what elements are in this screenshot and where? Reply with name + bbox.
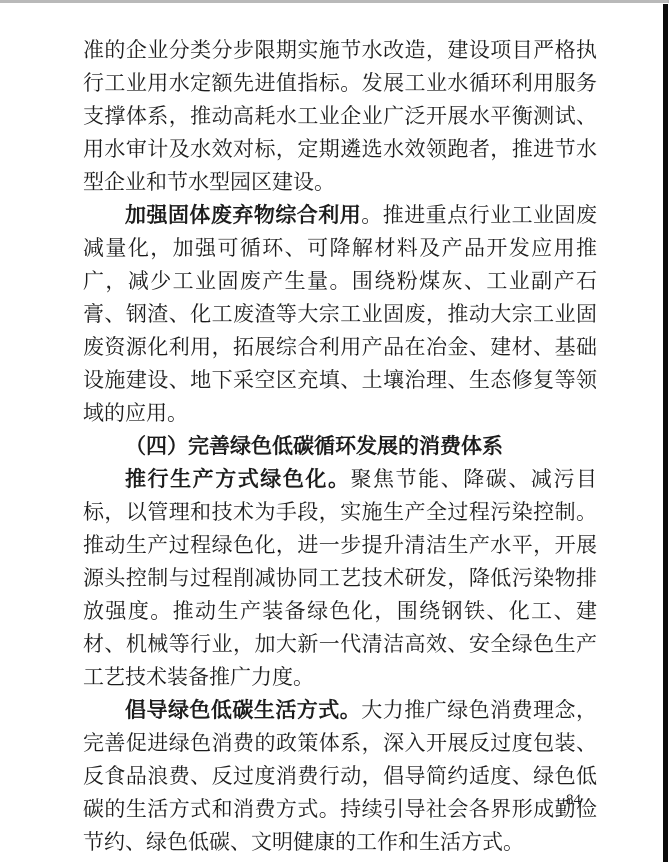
paragraph-text: 聚焦节能、降碳、减污目标，以管理和技术为手段，实施生产全过程污染控制。推动生产过… (83, 467, 597, 689)
paragraph-water-saving-continued: 准的企业分类分步限期实施节水改造，建设项目严格执行工业用水定额先进值指标。发展工… (83, 34, 597, 199)
paragraph-lead-bold: 倡导绿色低碳生活方式。 (125, 698, 361, 722)
paragraph-green-lifestyle: 倡导绿色低碳生活方式。大力推广绿色消费理念，完善促进绿色消费的政策体系，深入开展… (83, 694, 597, 859)
paragraph-lead-bold: 推行生产方式绿色化。 (125, 467, 351, 491)
page-content: 准的企业分类分步限期实施节水改造，建设项目严格执行工业用水定额先进值指标。发展工… (83, 34, 597, 859)
scanned-document-page: { "document": { "page_number": "84", "pa… (0, 0, 669, 862)
paragraph-lead-bold: 加强固体废弃物综合利用 (125, 203, 361, 227)
paragraph-solid-waste-utilization: 加强固体废弃物综合利用。推进重点行业工业固废减量化，加强可循环、可降解材料及产品… (83, 199, 597, 430)
paragraph-green-production: 推行生产方式绿色化。聚焦节能、降碳、减污目标，以管理和技术为手段，实施生产全过程… (83, 463, 597, 694)
paragraph-text: 准的企业分类分步限期实施节水改造，建设项目严格执行工业用水定额先进值指标。发展工… (83, 38, 597, 194)
paragraph-text: 。推进重点行业工业固废减量化，加强可循环、可降解材料及产品开发应用推广，减少工业… (83, 203, 597, 425)
scan-top-edge (0, 0, 669, 3)
page-number: 84 (566, 792, 581, 809)
scan-right-edge (663, 4, 668, 862)
section-heading-consumption-system: （四）完善绿色低碳循环发展的消费体系 (83, 430, 597, 463)
